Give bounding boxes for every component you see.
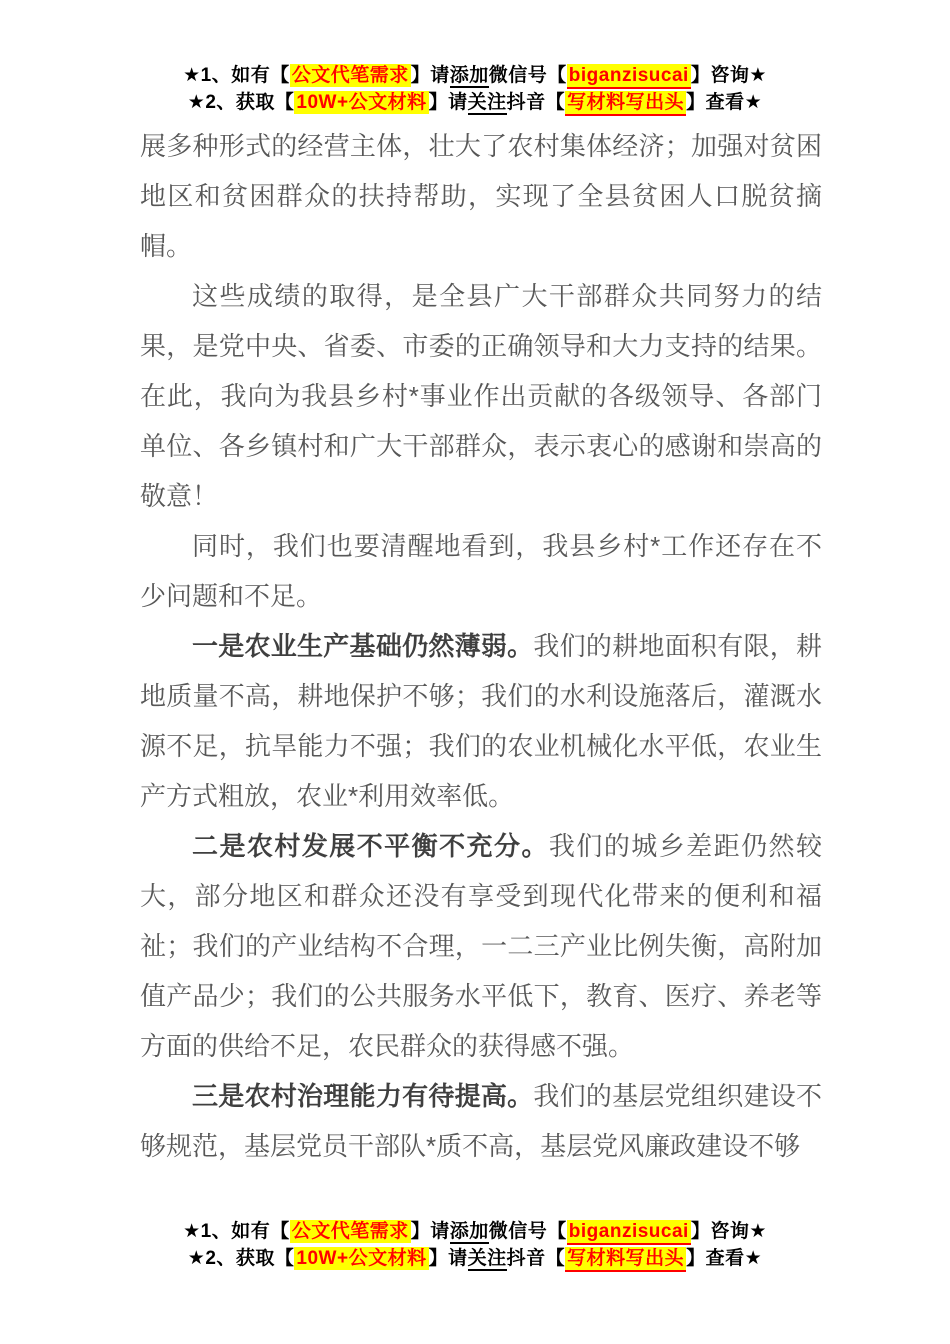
wechat-id-highlight: biganzisucai (567, 64, 691, 89)
banner-suffix: 】咨询★ (691, 65, 767, 86)
paragraph: 同时，我们也要清醒地看到，我县乡村*工作还存在不少问题和不足。 (140, 521, 822, 621)
paragraph-lead: 一是农业生产基础仍然薄弱。 (192, 631, 533, 661)
keyword-highlight: 10W+公文材料 (294, 1247, 428, 1270)
action-underline: 关注 (468, 92, 507, 115)
banner-suffix: 】查看★ (686, 1248, 762, 1269)
banner-line: ★1、如有【公文代笔需求】请添加微信号【biganzisucai】咨询★ (0, 1218, 950, 1245)
action-underline: 添加 (450, 65, 489, 88)
banner-text: 】请 (429, 92, 468, 113)
promo-banner-bottom: ★1、如有【公文代笔需求】请添加微信号【biganzisucai】咨询★★2、获… (0, 1218, 950, 1272)
banner-suffix: 】查看★ (686, 92, 762, 113)
paragraph-lead: 三是农村治理能力有待提高。 (192, 1081, 533, 1111)
keyword-highlight: 公文代笔需求 (290, 64, 411, 87)
action-underline: 关注 (468, 1248, 507, 1271)
douyin-id-highlight: 写材料写出头 (565, 91, 686, 116)
keyword-highlight: 10W+公文材料 (294, 91, 428, 114)
document-body: 展多种形式的经营主体，壮大了农村集体经济；加强对贫困地区和贫困群众的扶持帮助，实… (140, 121, 822, 1171)
banner-prefix: ★1、如有【 (183, 1221, 290, 1242)
banner-text: 抖音【 (507, 1248, 566, 1269)
paragraph-lead: 二是农村发展不平衡不充分。 (192, 831, 549, 861)
banner-line: ★1、如有【公文代笔需求】请添加微信号【biganzisucai】咨询★ (0, 62, 950, 89)
banner-prefix: ★1、如有【 (183, 65, 290, 86)
banner-text: 抖音【 (507, 92, 566, 113)
keyword-highlight: 公文代笔需求 (290, 1220, 411, 1243)
paragraph: 二是农村发展不平衡不充分。我们的城乡差距仍然较大，部分地区和群众还没有享受到现代… (140, 821, 822, 1071)
banner-line: ★2、获取【10W+公文材料】请关注抖音【写材料写出头】查看★ (0, 89, 950, 116)
douyin-id-highlight: 写材料写出头 (565, 1247, 686, 1272)
paragraph: 这些成绩的取得，是全县广大干部群众共同努力的结果，是党中央、省委、市委的正确领导… (140, 271, 822, 521)
banner-prefix: ★2、获取【 (188, 92, 295, 113)
paragraph: 展多种形式的经营主体，壮大了农村集体经济；加强对贫困地区和贫困群众的扶持帮助，实… (140, 121, 822, 271)
banner-text: 微信号【 (489, 65, 567, 86)
banner-text: 】请 (411, 65, 450, 86)
promo-banner-top: ★1、如有【公文代笔需求】请添加微信号【biganzisucai】咨询★★2、获… (0, 0, 950, 116)
wechat-id-highlight: biganzisucai (567, 1220, 691, 1245)
banner-text: 】请 (411, 1221, 450, 1242)
banner-text: 微信号【 (489, 1221, 567, 1242)
paragraph: 三是农村治理能力有待提高。我们的基层党组织建设不够规范，基层党员干部队*质不高，… (140, 1071, 822, 1171)
banner-text: 】请 (429, 1248, 468, 1269)
banner-suffix: 】咨询★ (691, 1221, 767, 1242)
banner-prefix: ★2、获取【 (188, 1248, 295, 1269)
paragraph: 一是农业生产基础仍然薄弱。我们的耕地面积有限，耕地质量不高，耕地保护不够；我们的… (140, 621, 822, 821)
action-underline: 添加 (450, 1221, 489, 1244)
document-page: ★1、如有【公文代笔需求】请添加微信号【biganzisucai】咨询★★2、获… (0, 0, 950, 1344)
banner-line: ★2、获取【10W+公文材料】请关注抖音【写材料写出头】查看★ (0, 1245, 950, 1272)
